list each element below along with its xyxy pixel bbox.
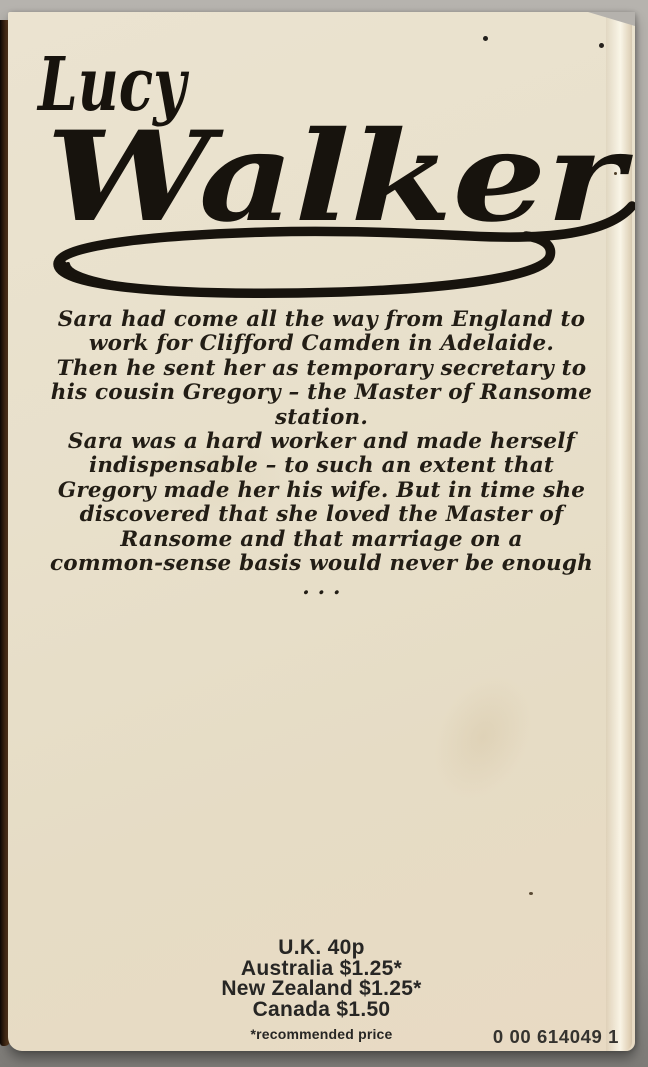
blurb-line: common-sense basis would never be enough…: [48, 552, 595, 601]
blurb-line: Sara had come all the way from England t…: [48, 308, 595, 332]
ink-speck: [599, 43, 604, 48]
blurb-line: Gregory made her his wife. But in time s…: [48, 479, 595, 503]
blurb-line: his cousin Gregory – the Master of Ranso…: [48, 381, 595, 405]
blurb-line: Then he sent her as temporary secretary …: [48, 357, 595, 381]
price-canada: Canada $1.50: [8, 1000, 635, 1021]
blurb-line: work for Clifford Camden in Adelaide.: [48, 332, 595, 356]
price-uk: U.K. 40p: [8, 938, 635, 959]
ink-speck: [483, 36, 488, 41]
blurb: Sara had come all the way from England t…: [48, 308, 595, 601]
isbn-number: 0 00 614049 1: [493, 1026, 619, 1048]
price-new-zealand: New Zealand $1.25*: [8, 979, 635, 1000]
blurb-line: Ransome and that marriage on a: [48, 528, 595, 552]
ink-speck: [614, 172, 617, 175]
blurb-line: Sara was a hard worker and made herself: [48, 430, 595, 454]
paper-stain: [415, 659, 552, 815]
blurb-line: discovered that she loved the Master of: [48, 503, 595, 527]
price-australia: Australia $1.25*: [8, 959, 635, 980]
scanner-background: Lucy Walker Sara had come all the way fr…: [0, 0, 648, 1067]
book-back-cover: Lucy Walker Sara had come all the way fr…: [8, 12, 635, 1051]
blurb-line: indispensable – to such an extent that: [48, 454, 595, 478]
blurb-line: station.: [48, 406, 595, 430]
ink-speck: [529, 892, 533, 895]
author-logo: Lucy Walker: [8, 12, 635, 312]
